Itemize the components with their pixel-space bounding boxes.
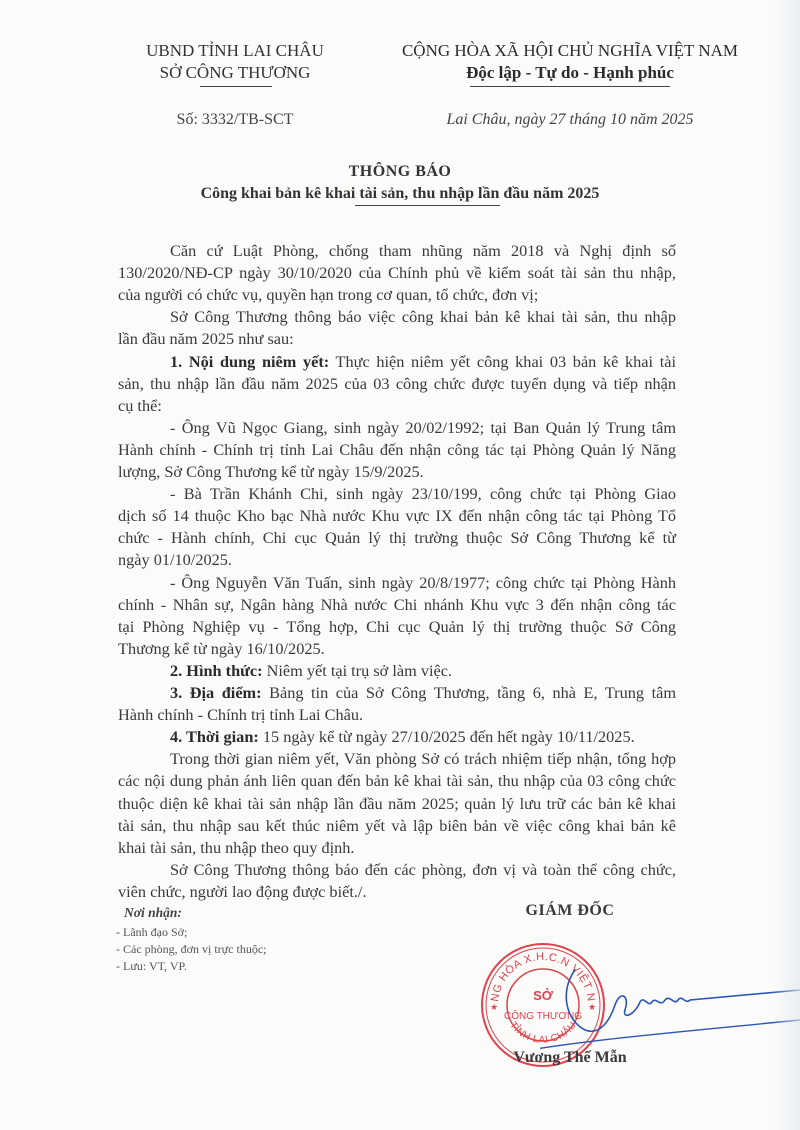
body-text: Thương kể từ ngày 16/10/2025. [118, 639, 325, 658]
body-line: - Ông Nguyễn Văn Tuấn, sinh ngày 20/8/19… [170, 573, 676, 593]
body-line: tài sản, thu nhập sau kết thúc niêm yết … [118, 816, 676, 836]
body-text: Hành chính - Chính trị tỉnh Lai Châu. [118, 705, 363, 724]
body-text: thuộc diện kê khai tài sản nhập lần đầu … [118, 794, 676, 813]
body-line: khai tài sản, thu nhập theo quy định. [118, 838, 676, 858]
section-label: 3. Địa điểm: [170, 683, 262, 702]
body-text: chính - Nhân sự, Ngân hàng Nhà nước Chi … [118, 595, 676, 614]
body-line: - Bà Trần Khánh Chi, sinh ngày 23/10/199… [170, 484, 676, 504]
body-text: - Ông Vũ Ngọc Giang, sinh ngày 20/02/199… [170, 418, 676, 437]
recipient-item: - Lưu: VT, VP. [116, 958, 187, 974]
section-label: 2. Hình thức: [170, 661, 263, 680]
org-parent: UBND TỈNH LAI CHÂU [120, 41, 350, 61]
body-line: 2. Hình thức: Niêm yết tại trụ sở làm vi… [170, 661, 676, 681]
signer-name: Vương Thế Mẫn [470, 1049, 670, 1067]
body-text: Hành chính - Chính trị tỉnh Lai Châu đến… [118, 440, 676, 459]
document-page: UBND TỈNH LAI CHÂU SỞ CÔNG THƯƠNG CỘNG H… [0, 0, 800, 1130]
recipient-item: - Lãnh đạo Sở; [116, 924, 187, 940]
recipients-heading: Nơi nhận: [124, 905, 182, 921]
motto-underline [470, 86, 670, 87]
body-line: chính - Nhân sự, Ngân hàng Nhà nước Chi … [118, 595, 676, 615]
body-text: Sở Công Thương thông báo đến các phòng, … [170, 860, 676, 879]
body-line: Căn cứ Luật Phòng, chống tham nhũng năm … [170, 241, 676, 261]
body-text: Sở Công Thương thông báo việc công khai … [170, 307, 676, 326]
body-line: dịch số 14 thuộc Kho bạc Nhà nước Khu vự… [118, 506, 676, 526]
body-text: - Bà Trần Khánh Chi, sinh ngày 23/10/199… [170, 484, 676, 503]
body-line: viên chức, người lao động được biết./. [118, 882, 676, 902]
body-line: Sở Công Thương thông báo đến các phòng, … [170, 860, 676, 880]
section-label: 1. Nội dung niêm yết: [170, 352, 329, 371]
body-text: Căn cứ Luật Phòng, chống tham nhũng năm … [170, 241, 676, 260]
body-text: dịch số 14 thuộc Kho bạc Nhà nước Khu vự… [118, 506, 676, 525]
body-line: tại Phòng Nghiệp vụ - Tổng hợp, Chi cục … [118, 617, 676, 637]
body-text: lượng, Sở Công Thương kể từ ngày 15/9/20… [118, 462, 424, 481]
body-line: 1. Nội dung niêm yết: Thực hiện niêm yết… [170, 352, 676, 372]
body-line: thuộc diện kê khai tài sản nhập lần đầu … [118, 794, 676, 814]
document-number: Số: 3332/TB-SCT [120, 111, 350, 129]
body-line: Sở Công Thương thông báo việc công khai … [170, 307, 676, 327]
body-text: Bảng tin của Sở Công Thương, tầng 6, nhà… [262, 683, 676, 702]
body-text: cụ thể: [118, 396, 162, 415]
body-text: tại Phòng Nghiệp vụ - Tổng hợp, Chi cục … [118, 617, 676, 636]
section-label: 4. Thời gian: [170, 727, 259, 746]
signer-title: GIÁM ĐỐC [470, 902, 670, 920]
org-underline [200, 86, 272, 87]
place-date: Lai Châu, ngày 27 tháng 10 năm 2025 [345, 111, 795, 129]
body-line: chức - Hành chính, Chi cục Quản lý thị t… [118, 528, 676, 548]
body-line: 3. Địa điểm: Bảng tin của Sở Công Thương… [170, 683, 676, 703]
nation-heading: CỘNG HÒA XÃ HỘI CHỦ NGHĨA VIỆT NAM [345, 41, 795, 61]
scan-edge-shadow [772, 0, 800, 1130]
body-text: Thực hiện niêm yết công khai 03 bản kê k… [329, 352, 676, 371]
body-line: sản, thu nhập lần đầu năm 2025 của 03 cô… [118, 374, 676, 394]
body-line: lượng, Sở Công Thương kể từ ngày 15/9/20… [118, 462, 676, 482]
body-text: - Ông Nguyễn Văn Tuấn, sinh ngày 20/8/19… [170, 573, 676, 592]
body-text: 130/2020/NĐ-CP ngày 30/10/2020 của Chính… [118, 263, 676, 282]
document-subtitle: Công khai bản kê khai tài sản, thu nhập … [100, 185, 700, 203]
body-text: tài sản, thu nhập sau kết thúc niêm yết … [118, 816, 676, 835]
body-line: Trong thời gian niêm yết, Văn phòng Sở c… [170, 749, 676, 769]
body-text: khai tài sản, thu nhập theo quy định. [118, 838, 355, 857]
org-name: SỞ CÔNG THƯƠNG [120, 63, 350, 83]
body-line: Hành chính - Chính trị tỉnh Lai Châu đến… [118, 440, 676, 460]
body-text: của người có chức vụ, quyền hạn trong cơ… [118, 285, 538, 304]
body-line: các nội dung phản ánh liên quan đến bản … [118, 771, 676, 791]
body-text: lần đầu năm 2025 như sau: [118, 329, 294, 348]
body-line: - Ông Vũ Ngọc Giang, sinh ngày 20/02/199… [170, 418, 676, 438]
body-text: chức - Hành chính, Chi cục Quản lý thị t… [118, 528, 676, 547]
recipient-item: - Các phòng, đơn vị trực thuộc; [116, 941, 267, 957]
body-line: của người có chức vụ, quyền hạn trong cơ… [118, 285, 676, 305]
body-line: 4. Thời gian: 15 ngày kể từ ngày 27/10/2… [170, 727, 676, 747]
body-line: lần đầu năm 2025 như sau: [118, 329, 676, 349]
body-line: Thương kể từ ngày 16/10/2025. [118, 639, 676, 659]
body-line: cụ thể: [118, 396, 676, 416]
body-text: sản, thu nhập lần đầu năm 2025 của 03 cô… [118, 374, 676, 393]
subtitle-underline [355, 205, 500, 206]
body-line: Hành chính - Chính trị tỉnh Lai Châu. [118, 705, 676, 725]
motto: Độc lập - Tự do - Hạnh phúc [345, 63, 795, 83]
body-text: ngày 01/10/2025. [118, 550, 232, 569]
body-line: 130/2020/NĐ-CP ngày 30/10/2020 của Chính… [118, 263, 676, 283]
body-text: Trong thời gian niêm yết, Văn phòng Sở c… [170, 749, 676, 768]
body-text: Niêm yết tại trụ sở làm việc. [263, 661, 452, 680]
svg-text:★: ★ [490, 1002, 498, 1012]
body-line: ngày 01/10/2025. [118, 550, 676, 570]
document-title: THÔNG BÁO [100, 163, 700, 181]
body-text: 15 ngày kể từ ngày 27/10/2025 đến hết ng… [259, 727, 635, 746]
body-text: các nội dung phản ánh liên quan đến bản … [118, 771, 676, 790]
body-text: viên chức, người lao động được biết./. [118, 882, 367, 901]
